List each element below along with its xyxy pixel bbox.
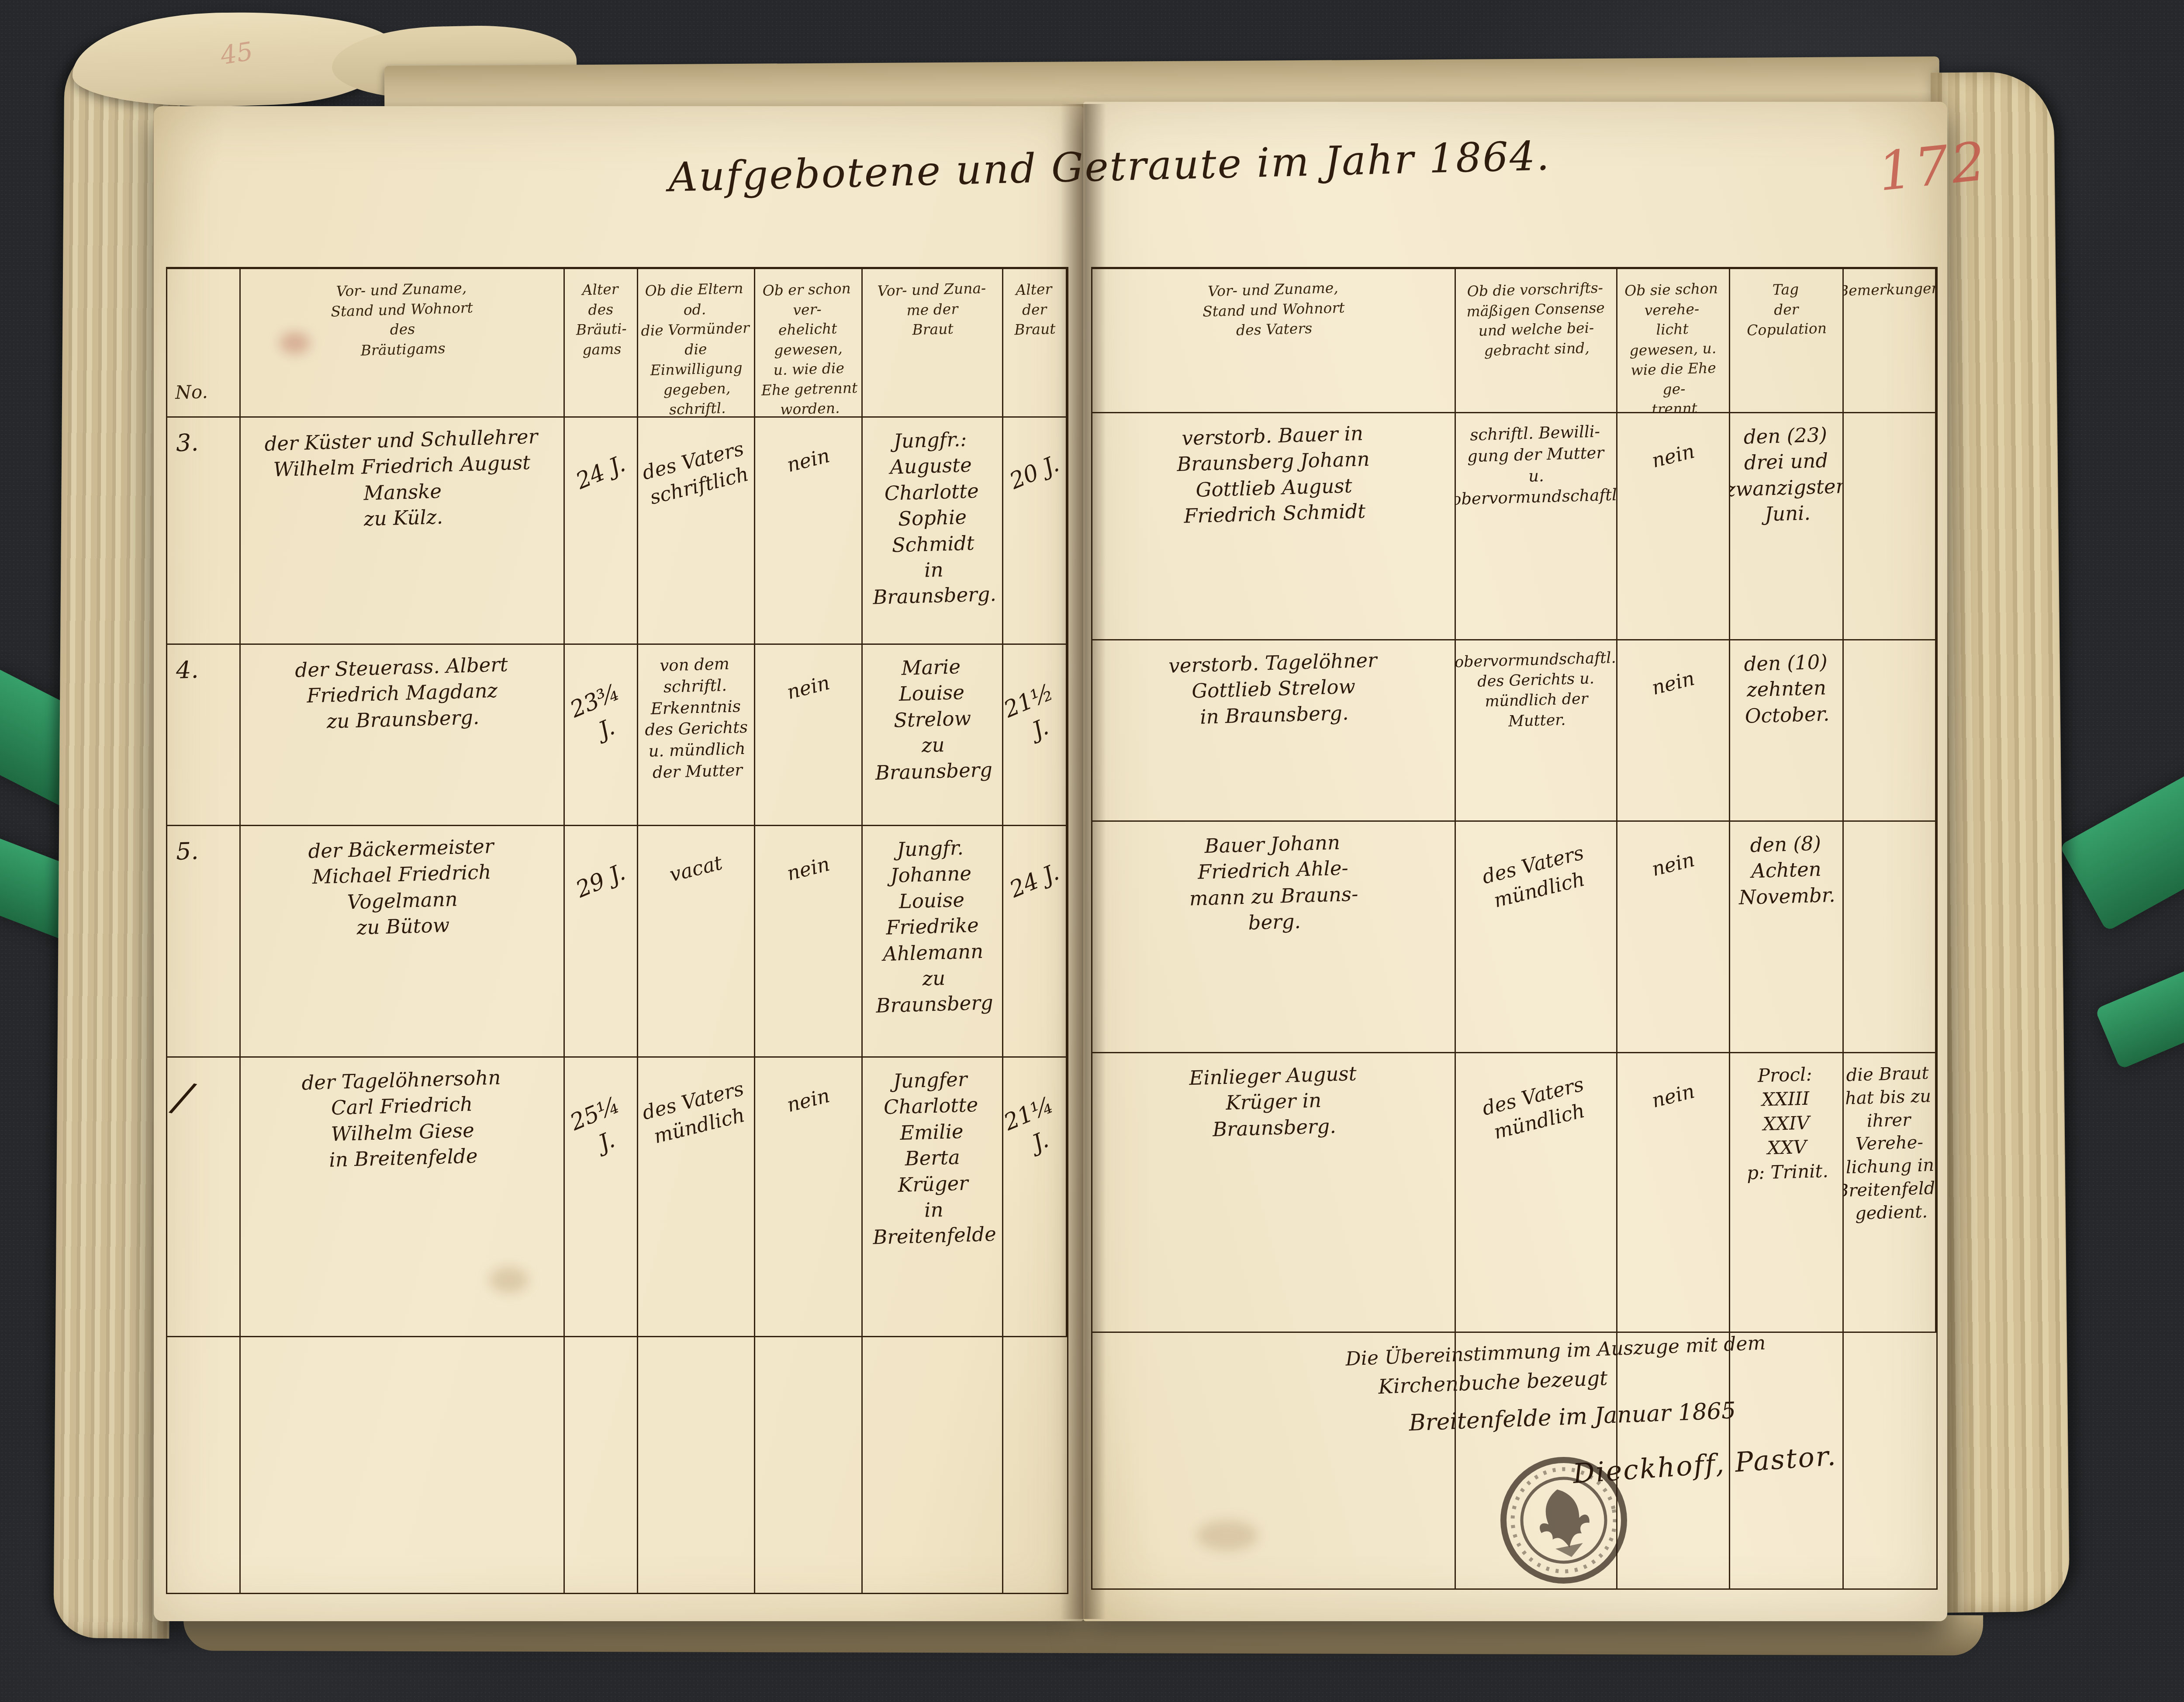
remark-cell	[1844, 640, 1936, 822]
page-number-red: 172	[1875, 130, 1990, 203]
consent-cell: des Vaters mündlich	[638, 1058, 755, 1337]
father-cell: Einlieger August Krüger in Braunsberg.	[1092, 1053, 1456, 1333]
empty-cell	[1003, 1337, 1067, 1593]
wedding-day-cell: den (8) Achten Novembr.	[1730, 822, 1844, 1053]
paper-stain	[489, 1267, 529, 1293]
col-header-groom-prev-marriage: Ob er schon ver- ehelicht gewesen, u. wi…	[755, 269, 863, 418]
pencil-note: 45	[218, 36, 255, 71]
remark-cell	[1844, 822, 1936, 1053]
col-header-wedding-day: Tag der Copulation	[1730, 269, 1844, 413]
groom-cell: der Steuerass. Albert Friedrich Magdanz …	[241, 645, 565, 826]
empty-cell	[638, 1337, 755, 1593]
consense-cell: des Vaters mündlich	[1456, 1053, 1617, 1333]
bride-cell: Marie Louise Strelow zu Braunsberg	[863, 645, 1003, 826]
entry-number: 4.	[167, 645, 241, 826]
book-gutter-shadow	[1061, 104, 1106, 1619]
consense-cell: des Vaters mündlich	[1456, 822, 1617, 1053]
bride-cell: Jungfer Charlotte Emilie Berta Krüger in…	[863, 1058, 1003, 1337]
bride-cell: Jungfr.: Auguste Charlotte Sophie Schmid…	[863, 418, 1003, 645]
photo-background: No. Vor- und Zuname, Stand und Wohnort d…	[0, 0, 2184, 1702]
bride-age-cell: 24 J.	[1003, 826, 1067, 1058]
groom-cell: der Bäckermeister Michael Friedrich Voge…	[241, 826, 565, 1058]
empty-cell	[241, 1337, 565, 1593]
certification-note: Die Übereinstimmung im Auszuge mit dem K…	[1293, 1336, 1974, 1476]
groom-age-cell: 24 J.	[565, 418, 638, 645]
bride-age-cell: 20 J.	[1003, 418, 1067, 645]
bride-age-cell: 21½ J.	[1003, 645, 1067, 826]
bride-prev-marriage-cell: nein	[1617, 413, 1730, 640]
col-header-number: No.	[167, 269, 241, 418]
paper-stain	[280, 332, 310, 354]
bride-prev-marriage-cell: nein	[1617, 822, 1730, 1053]
green-strap-right-lower	[2095, 944, 2184, 1070]
empty-cell	[863, 1337, 1003, 1593]
groom-prev-marriage-cell: nein	[755, 1058, 863, 1337]
consent-cell: von dem schriftl. Erkenntnis des Gericht…	[638, 645, 755, 826]
wedding-day-cell: den (23) drei und zwanzigsten Juni.	[1730, 413, 1844, 640]
entry-number: 5.	[167, 826, 241, 1058]
ink-stamp-eagle-icon	[1486, 1443, 1641, 1598]
certification-line-3: Breitenfelde im Januar 1865	[1408, 1388, 1974, 1436]
father-cell: verstorb. Tagelöhner Gottlieb Strelow in…	[1092, 640, 1456, 822]
remark-cell: die Braut hat bis zu ihrer Verehe- lichu…	[1844, 1053, 1936, 1333]
father-cell: Bauer Johann Friedrich Ahle- mann zu Bra…	[1092, 822, 1456, 1053]
consent-cell: vacat	[638, 826, 755, 1058]
col-header-groom-age: Alter des Bräuti- gams	[565, 269, 638, 418]
groom-age-cell: 25¼ J.	[565, 1058, 638, 1337]
col-header-bride-age: Alter der Braut	[1003, 269, 1067, 418]
consent-cell: des Vaters schriftlich	[638, 418, 755, 645]
groom-cell: der Küster und Schullehrer Wilhelm Fried…	[241, 418, 565, 645]
col-header-consense: Ob die vorschrifts- mäßigen Consense und…	[1456, 269, 1617, 413]
groom-cell: der Tagelöhnersohn Carl Friedrich Wilhel…	[241, 1058, 565, 1337]
bride-prev-marriage-cell: nein	[1617, 1053, 1730, 1333]
paper-stain	[1197, 1520, 1258, 1551]
father-cell: verstorb. Bauer in Braunsberg Johann Got…	[1092, 413, 1456, 640]
grooms-table: No. Vor- und Zuname, Stand und Wohnort d…	[166, 267, 1068, 1594]
col-header-father: Vor- und Zuname, Stand und Wohnort des V…	[1092, 269, 1456, 413]
green-strap-right-upper	[2059, 748, 2184, 932]
empty-cell	[167, 1337, 241, 1593]
groom-prev-marriage-cell: nein	[755, 418, 863, 645]
groom-prev-marriage-cell: nein	[755, 645, 863, 826]
entry-number: /	[167, 1058, 241, 1337]
empty-cell	[565, 1337, 638, 1593]
col-header-bride-prev-marriage: Ob sie schon verehe- licht gewesen, u. w…	[1617, 269, 1730, 413]
empty-cell	[755, 1337, 863, 1593]
remark-cell	[1844, 413, 1936, 640]
consense-cell: obervormundschaftl. des Gerichts u. münd…	[1456, 640, 1617, 822]
groom-age-cell: 29 J.	[565, 826, 638, 1058]
col-header-consent: Ob die Eltern od. die Vormünder die Einw…	[638, 269, 755, 418]
bride-age-cell: 21¼ J.	[1003, 1058, 1067, 1337]
groom-age-cell: 23¾ J.	[565, 645, 638, 826]
groom-prev-marriage-cell: nein	[755, 826, 863, 1058]
col-header-remarks: Bemerkungen	[1844, 269, 1936, 413]
wedding-day-cell: den (10) zehnten October.	[1730, 640, 1844, 822]
bride-prev-marriage-cell: nein	[1617, 640, 1730, 822]
consense-cell: schriftl. Bewilli- gung der Mutter u. ob…	[1456, 413, 1617, 640]
entry-number: 3.	[167, 418, 241, 645]
bride-cell: Jungfr. Johanne Louise Friedrike Ahleman…	[863, 826, 1003, 1058]
wedding-day-cell: Procl: XXIII XXIV XXV p: Trinit.	[1730, 1053, 1844, 1333]
col-header-bride: Vor- und Zuna- me der Braut	[863, 269, 1003, 418]
